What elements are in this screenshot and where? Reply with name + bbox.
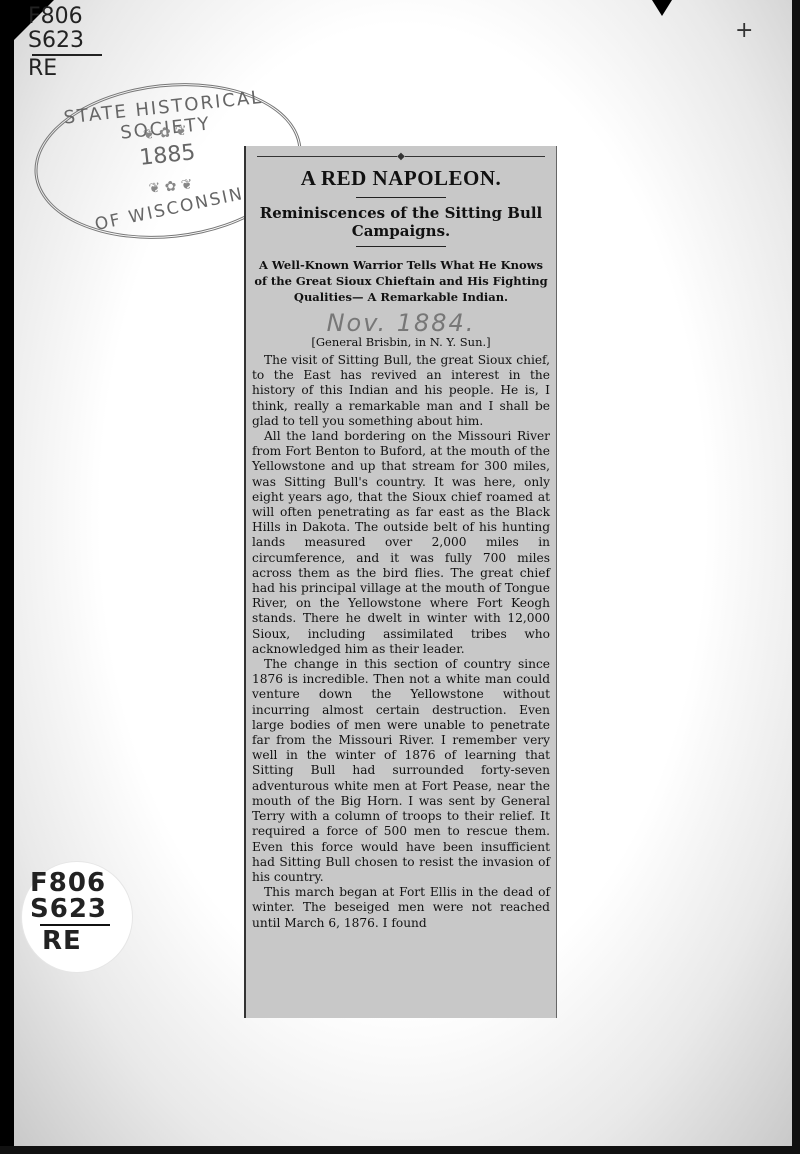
scan-edge-left bbox=[0, 0, 14, 1154]
paragraph: The change in this section of country si… bbox=[252, 657, 550, 885]
paragraph: The visit of Sitting Bull, the great Sio… bbox=[252, 353, 550, 429]
ornamental-rule: ◆ bbox=[252, 152, 550, 162]
paragraph: All the land bordering on the Missouri R… bbox=[252, 429, 550, 657]
divider bbox=[356, 246, 446, 247]
handwritten-date: Nov. 1884. bbox=[252, 309, 550, 337]
divider bbox=[356, 197, 446, 198]
scan-edge-bottom bbox=[0, 1146, 800, 1154]
call-number-top: F806 S623 RE bbox=[28, 6, 102, 82]
call-number-line: F806 bbox=[30, 870, 110, 896]
deck-headline: A Well-Known Warrior Tells What He Knows… bbox=[252, 257, 550, 305]
subheadline: Reminiscences of the Sitting Bull Campai… bbox=[252, 204, 550, 240]
call-number-line: S623 bbox=[30, 896, 110, 922]
article-body: The visit of Sitting Bull, the great Sio… bbox=[252, 353, 550, 931]
corner-plus-mark: + bbox=[735, 18, 753, 43]
paragraph: This march began at Fort Ellis in the de… bbox=[252, 885, 550, 931]
call-number-bottom: F806 S623 RE bbox=[30, 870, 110, 954]
call-number-line: S623 bbox=[28, 30, 102, 52]
call-number-line: F806 bbox=[28, 6, 102, 28]
byline: [General Brisbin, in N. Y. Sun.] bbox=[252, 335, 550, 349]
call-number-line: RE bbox=[30, 928, 110, 954]
call-number-line: RE bbox=[28, 58, 102, 80]
newspaper-clipping: ◆ A RED NAPOLEON. Reminiscences of the S… bbox=[244, 146, 557, 1018]
scan-edge-right bbox=[792, 0, 800, 1154]
headline: A RED NAPOLEON. bbox=[252, 166, 550, 191]
